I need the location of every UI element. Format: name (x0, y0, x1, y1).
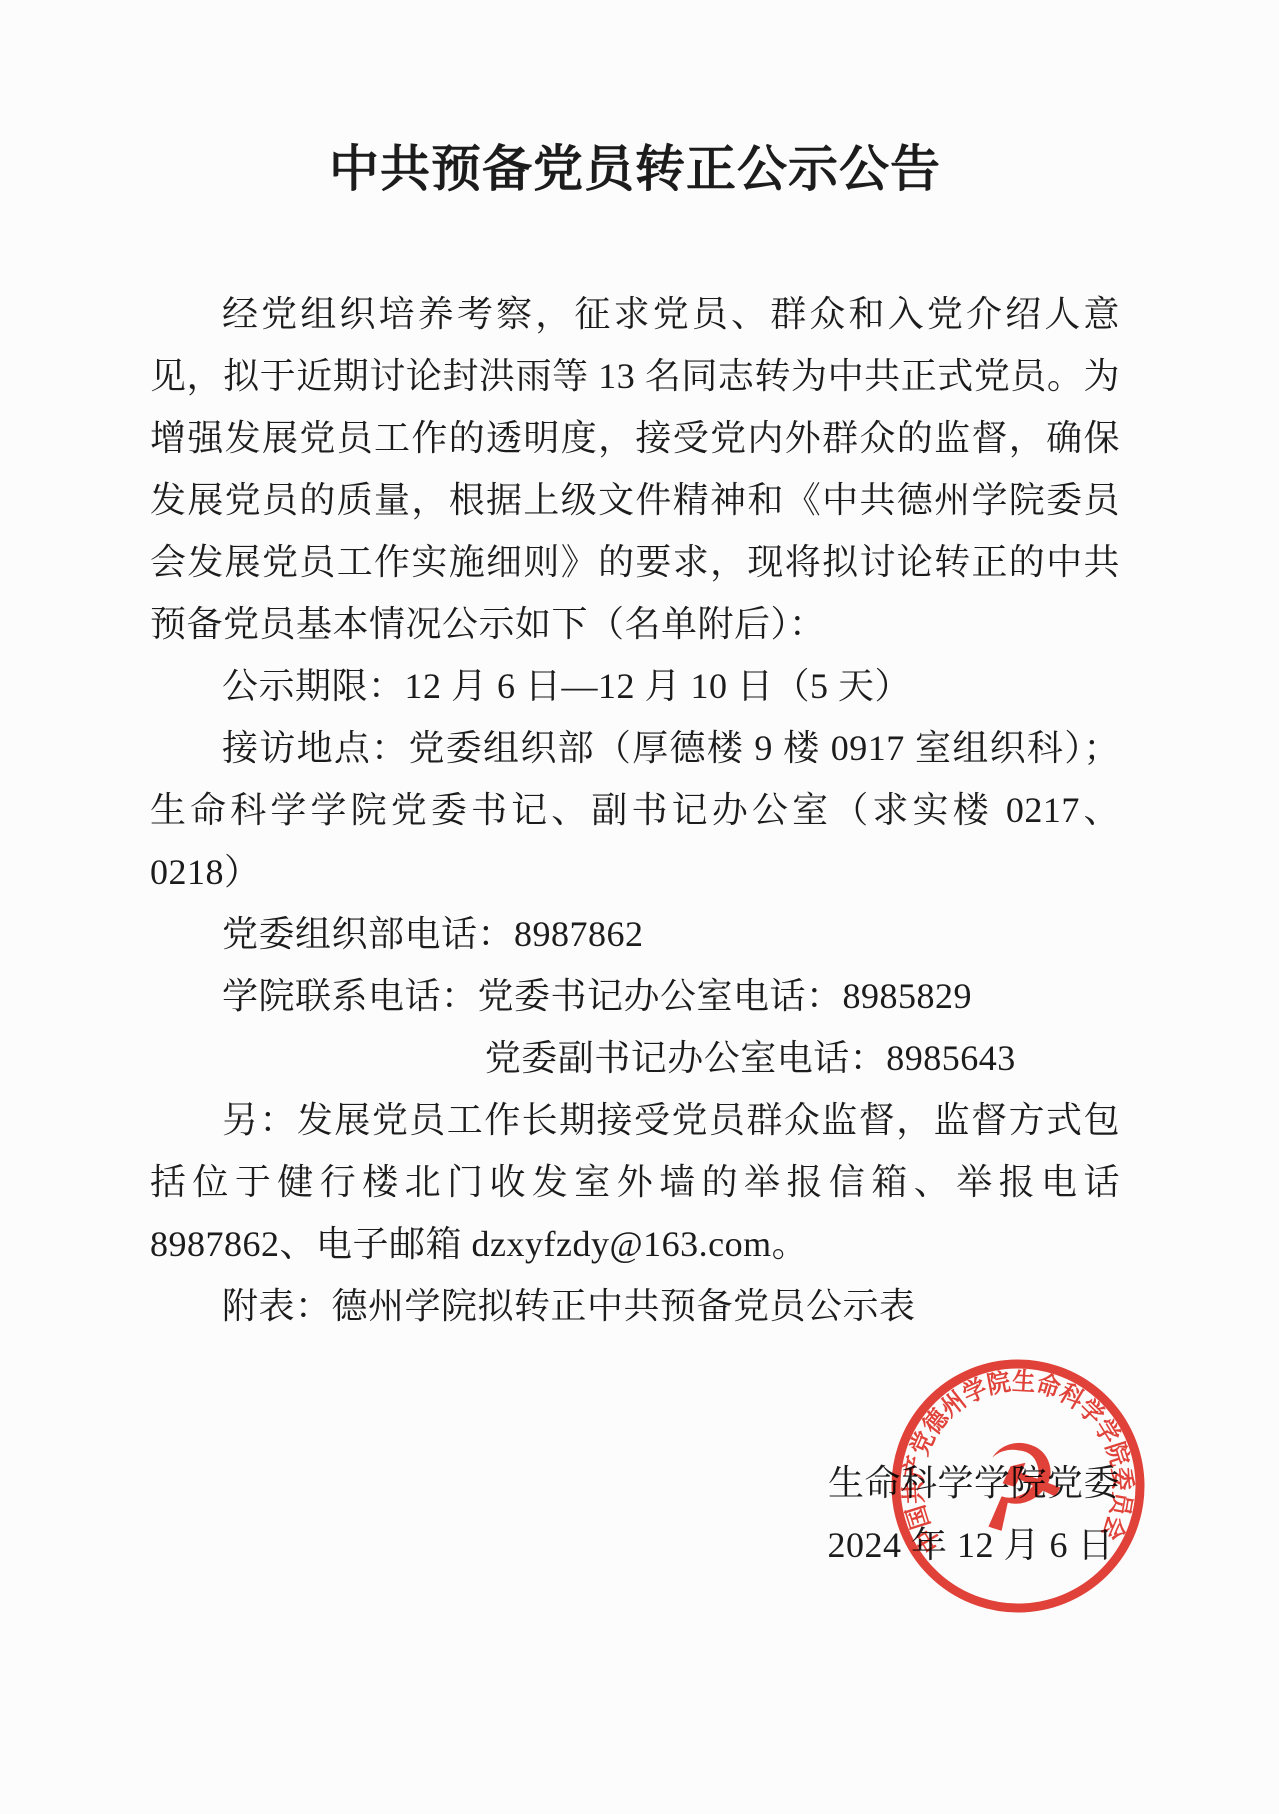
scanned-document-page: 中共预备党员转正公示公告 经党组织培养考察，征求党员、群众和入党介绍人意见，拟于… (0, 0, 1279, 1814)
vice-secretary-phone-line: 党委副书记办公室电话：8985643 (150, 1027, 1120, 1089)
signature-date: 2024 年 12 月 6 日 (150, 1514, 1120, 1576)
document-title: 中共预备党员转正公示公告 (150, 136, 1120, 202)
document-body: 中共预备党员转正公示公告 经党组织培养考察，征求党员、群众和入党介绍人意见，拟于… (150, 136, 1120, 1576)
org-dept-phone-line: 党委组织部电话：8987862 (150, 903, 1120, 965)
college-contact-phone-line: 学院联系电话：党委书记办公室电话：8985829 (150, 965, 1120, 1027)
signature-block: 生命科学学院党委 2024 年 12 月 6 日 (150, 1452, 1120, 1576)
supervision-note-paragraph: 另：发展党员工作长期接受党员群众监督，监督方式包括位于健行楼北门收发室外墙的举报… (150, 1089, 1120, 1275)
reception-location-line: 接访地点：党委组织部（厚德楼 9 楼 0917 室组织科）；生命科学学院党委书记… (150, 717, 1120, 903)
intro-paragraph: 经党组织培养考察，征求党员、群众和入党介绍人意见，拟于近期讨论封洪雨等 13 名… (150, 283, 1120, 655)
publicity-period-line: 公示期限：12 月 6 日—12 月 10 日（5 天） (150, 655, 1120, 717)
signature-organization: 生命科学学院党委 (150, 1452, 1120, 1514)
attachment-line: 附表：德州学院拟转正中共预备党员公示表 (150, 1275, 1120, 1337)
